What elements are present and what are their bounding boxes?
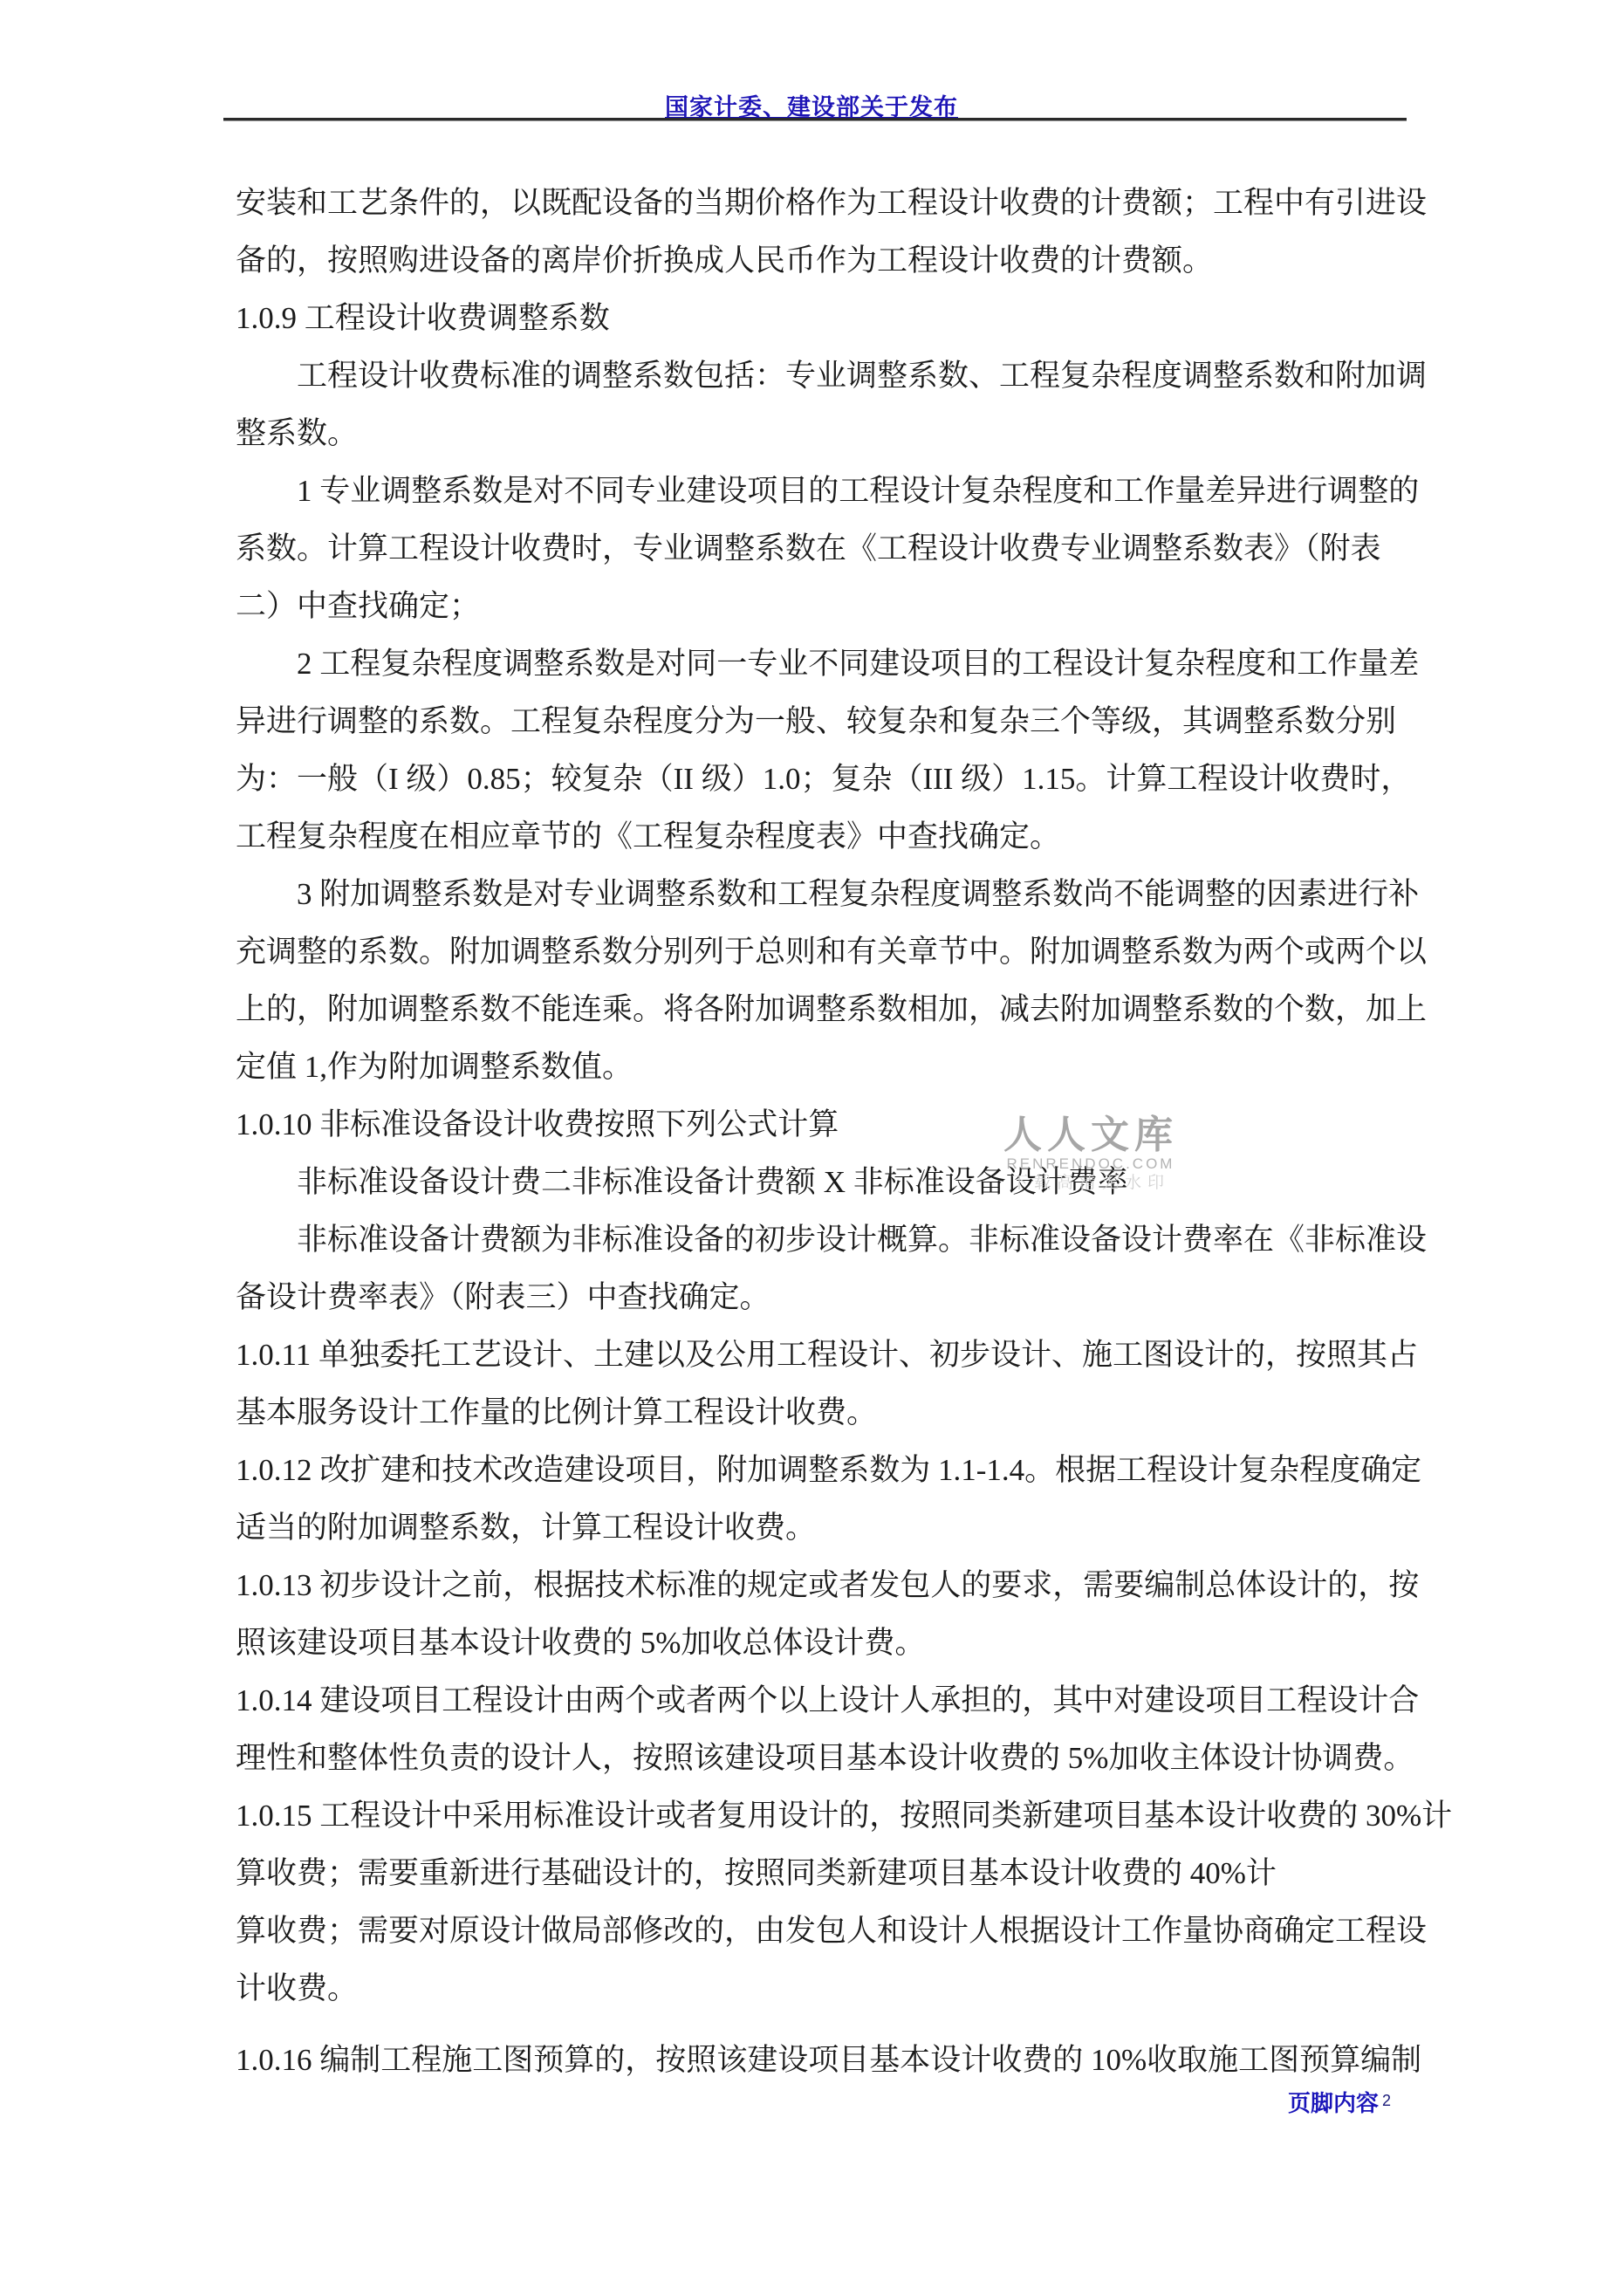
footer-page-number: 2 xyxy=(1382,2092,1391,2109)
text-line: 算收费；需要重新进行基础设计的，按照同类新建项目基本设计收费的 40%计 xyxy=(236,1845,1396,1902)
text-line: 1.0.15 工程设计中采用标准设计或者复用设计的，按照同类新建项目基本设计收费… xyxy=(236,1787,1396,1845)
page-footer: 页脚内容2 xyxy=(1288,2086,1391,2118)
text-line: 适当的附加调整系数，计算工程设计收费。 xyxy=(236,1499,1396,1557)
text-line: 1.0.10 非标准设备设计收费按照下列公式计算 xyxy=(236,1096,1396,1154)
text-line: 异进行调整的系数。工程复杂程度分为一般、较复杂和复杂三个等级，其调整系数分别 xyxy=(236,693,1396,750)
text-line: 基本服务设计工作量的比例计算工程设计收费。 xyxy=(236,1384,1396,1442)
text-line: 充调整的系数。附加调整系数分别列于总则和有关章节中。附加调整系数为两个或两个以 xyxy=(236,923,1396,981)
text-line: 1.0.9 工程设计收费调整系数 xyxy=(236,290,1396,347)
text-line: 备设计费率表》（附表三）中查找确定。 xyxy=(236,1269,1396,1326)
text-line: 1 专业调整系数是对不同专业建设项目的工程设计复杂程度和工作量差异进行调整的 xyxy=(236,463,1396,520)
text-line: 1.0.14 建设项目工程设计由两个或者两个以上设计人承担的，其中对建设项目工程… xyxy=(236,1672,1396,1730)
header-divider xyxy=(223,118,1407,121)
document-page: 国家计委、建设部关于发布 安装和工艺条件的，以既配设备的当期价格作为工程设计收费… xyxy=(0,0,1623,2296)
text-line: 系数。计算工程设计收费时，专业调整系数在《工程设计收费专业调整系数表》（附表 xyxy=(236,520,1396,578)
text-line: 安装和工艺条件的，以既配设备的当期价格作为工程设计收费的计费额；工程中有引进设 xyxy=(236,175,1396,232)
text-line: 2 工程复杂程度调整系数是对同一专业不同建设项目的工程设计复杂程度和工作量差 xyxy=(236,635,1396,693)
text-line: 1.0.11 单独委托工艺设计、土建以及公用工程设计、初步设计、施工图设计的，按… xyxy=(236,1326,1396,1384)
text-line: 上的，附加调整系数不能连乘。将各附加调整系数相加，减去附加调整系数的个数，加上 xyxy=(236,981,1396,1038)
header-title: 国家计委、建设部关于发布 xyxy=(665,94,958,120)
text-line: 计收费。 xyxy=(236,1960,1396,2018)
text-line: 1.0.16 编制工程施工图预算的，按照该建设项目基本设计收费的 10%收取施工… xyxy=(236,2032,1396,2089)
text-line: 为：一般（I 级）0.85；较复杂（II 级）1.0；复杂（III 级）1.15… xyxy=(236,750,1396,808)
text-line: 备的，按照购进设备的离岸价折换成人民币作为工程设计收费的计费额。 xyxy=(236,232,1396,290)
document-body: 安装和工艺条件的，以既配设备的当期价格作为工程设计收费的计费额；工程中有引进设备… xyxy=(236,175,1396,2089)
text-line: 定值 1,作为附加调整系数值。 xyxy=(236,1038,1396,1096)
text-line: 照该建设项目基本设计收费的 5%加收总体设计费。 xyxy=(236,1614,1396,1672)
text-line: 二）中查找确定； xyxy=(236,578,1396,635)
text-line: 3 附加调整系数是对专业调整系数和工程复杂程度调整系数尚不能调整的因素进行补 xyxy=(236,866,1396,923)
text-line: 算收费；需要对原设计做局部修改的，由发包人和设计人根据设计工作量协商确定工程设 xyxy=(236,1902,1396,1960)
text-line: 1.0.12 改扩建和技术改造建设项目，附加调整系数为 1.1-1.4。根据工程… xyxy=(236,1442,1396,1499)
text-line: 理性和整体性负责的设计人，按照该建设项目基本设计收费的 5%加收主体设计协调费。 xyxy=(236,1730,1396,1787)
page-header: 国家计委、建设部关于发布 xyxy=(0,94,1623,120)
footer-label: 页脚内容 xyxy=(1288,2090,1379,2116)
text-line: 工程复杂程度在相应章节的《工程复杂程度表》中查找确定。 xyxy=(236,808,1396,866)
text-line: 非标准设备计费额为非标准设备的初步设计概算。非标准设备设计费率在《非标准设 xyxy=(236,1211,1396,1269)
text-line: 1.0.13 初步设计之前，根据技术标准的规定或者发包人的要求，需要编制总体设计… xyxy=(236,1557,1396,1614)
text-line: 整系数。 xyxy=(236,405,1396,463)
text-line: 非标准设备设计费二非标准设备计费额 X 非标准设备设计费率 xyxy=(236,1154,1396,1211)
text-line: 工程设计收费标准的调整系数包括：专业调整系数、工程复杂程度调整系数和附加调 xyxy=(236,347,1396,405)
